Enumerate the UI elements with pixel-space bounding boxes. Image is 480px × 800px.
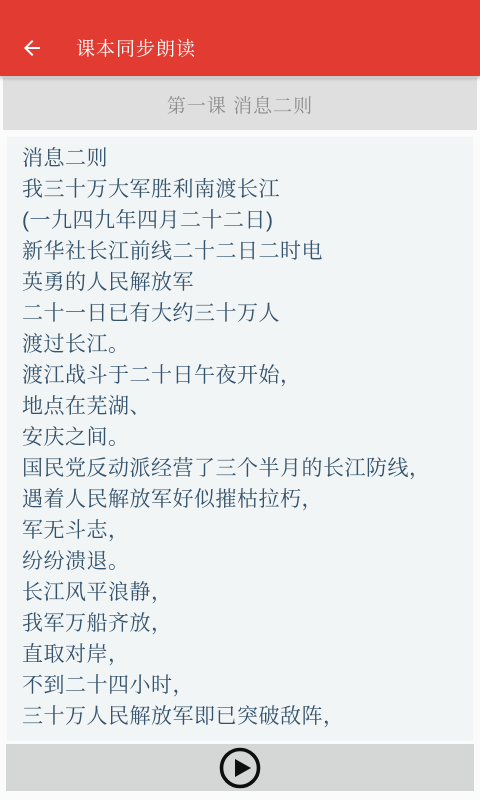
lesson-title: 第一课 消息二则 xyxy=(167,91,313,118)
text-line: 直取对岸， xyxy=(22,639,465,670)
text-line: 军无斗志， xyxy=(22,515,465,546)
text-line: 安庆之间。 xyxy=(22,422,465,453)
text-line: 新华社长江前线二十二日二时电 xyxy=(22,236,465,267)
text-line: 我军万船齐放， xyxy=(22,608,465,639)
text-line: 消息二则 xyxy=(22,143,465,174)
text-line: 二十一日已有大约三十万人 xyxy=(22,298,465,329)
play-icon xyxy=(218,746,262,790)
text-line: (一九四九年四月二十二日) xyxy=(22,205,465,236)
text-line: 纷纷溃退。 xyxy=(22,546,465,577)
text-line: 不到二十四小时， xyxy=(22,670,465,701)
app-bar-row: 课本同步朗读 xyxy=(0,19,480,76)
play-button[interactable] xyxy=(218,746,262,790)
text-line: 渡过长江。 xyxy=(22,329,465,360)
text-line: 遇着人民解放军好似摧枯拉朽， xyxy=(22,484,465,515)
text-line: 三十万人民解放军即已突破敌阵， xyxy=(22,701,465,732)
text-line: 地点在芜湖、 xyxy=(22,391,465,422)
lesson-subheader: 第一课 消息二则 xyxy=(3,78,477,130)
screen: 课本同步朗读 第一课 消息二则 消息二则 我三十万大军胜利南渡长江 (一九四九年… xyxy=(0,0,480,800)
app-bar: 课本同步朗读 xyxy=(0,0,480,76)
reading-text-panel: 消息二则 我三十万大军胜利南渡长江 (一九四九年四月二十二日) 新华社长江前线二… xyxy=(7,137,473,741)
text-line: 渡江战斗于二十日午夜开始， xyxy=(22,360,465,391)
arrow-left-icon xyxy=(20,36,44,60)
text-line: 国民党反动派经营了三个半月的长江防线， xyxy=(22,453,465,484)
player-bar xyxy=(6,744,474,791)
text-line: 英勇的人民解放军 xyxy=(22,267,465,298)
back-button[interactable] xyxy=(17,33,47,63)
text-line: 长江风平浪静， xyxy=(22,577,465,608)
text-line: 我三十万大军胜利南渡长江 xyxy=(22,174,465,205)
page-title: 课本同步朗读 xyxy=(76,34,196,61)
